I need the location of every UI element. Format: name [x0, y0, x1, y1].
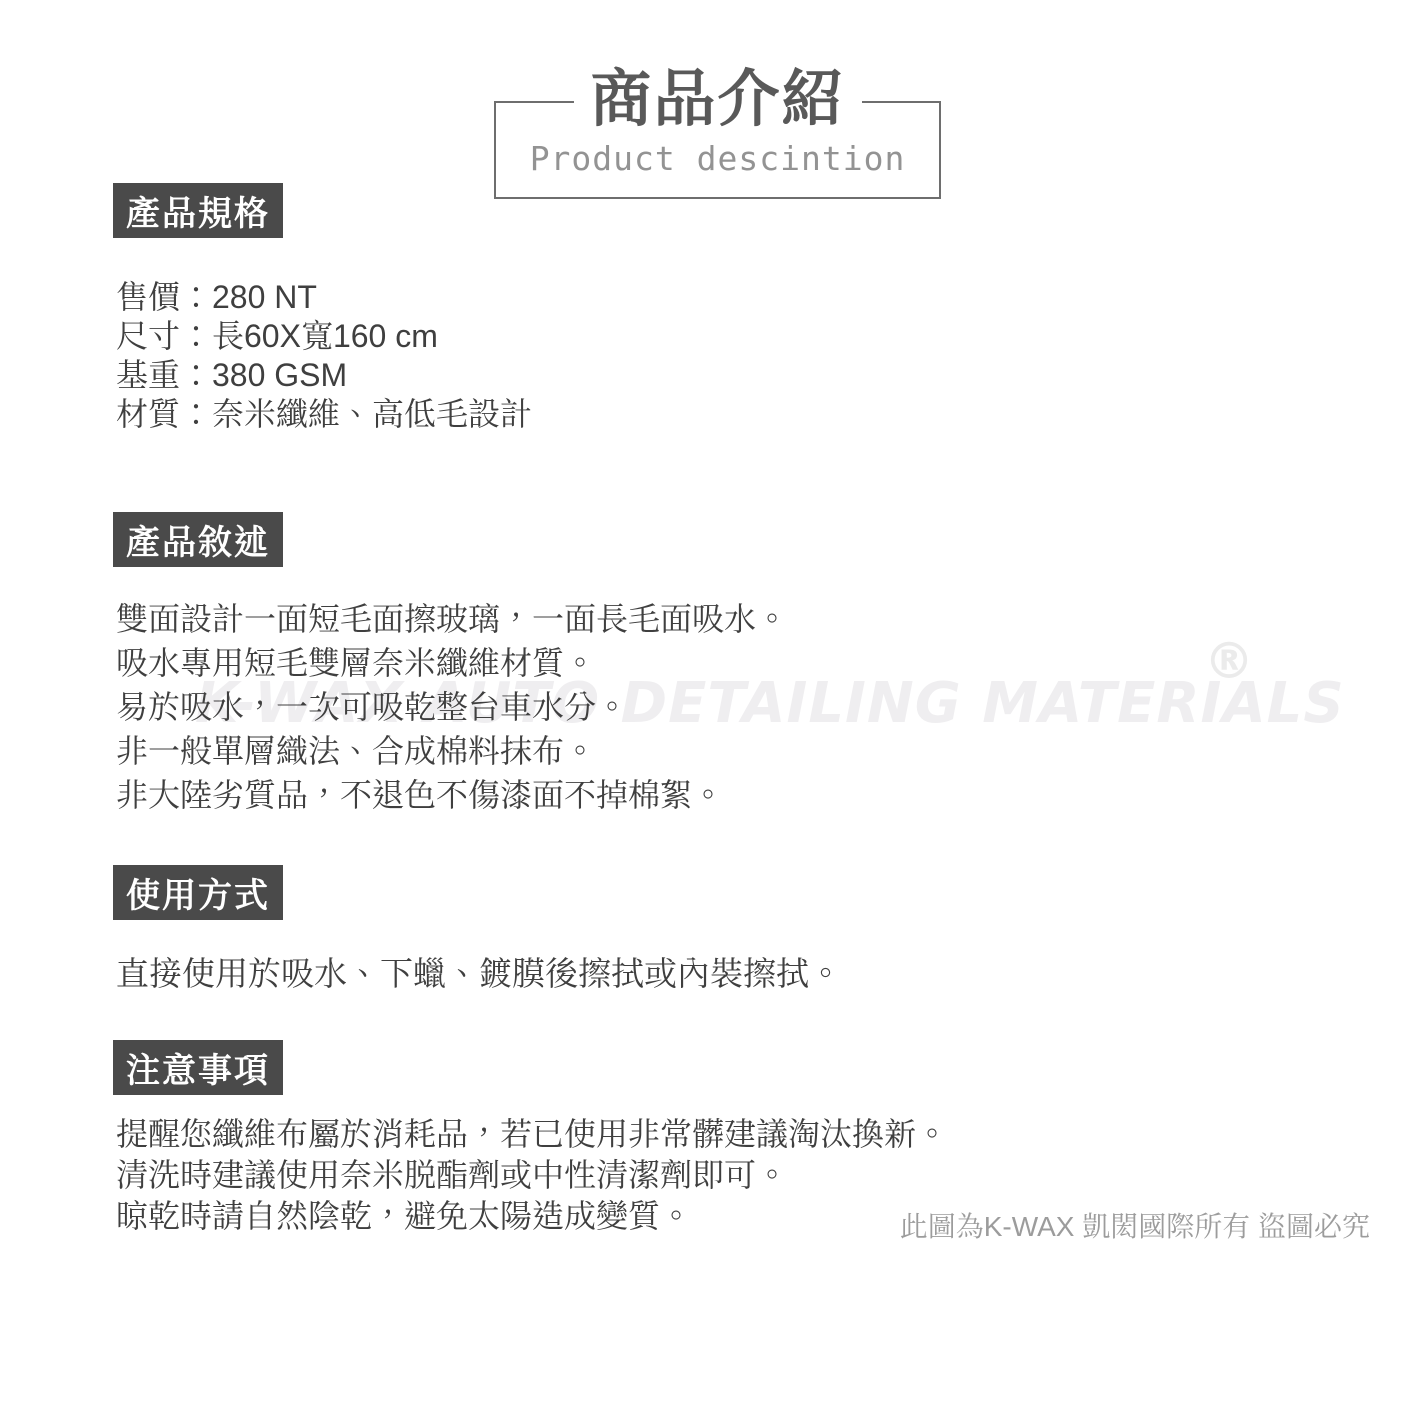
- text-line: 提醒您纖維布屬於消耗品，若已使用非常髒建議淘汰換新。: [116, 1114, 948, 1155]
- page-title: 商品介紹: [573, 67, 861, 133]
- text-line: 雙面設計一面短毛面擦玻璃，一面長毛面吸水。: [116, 597, 788, 641]
- title-box: 商品介紹 Product descintion: [494, 101, 941, 199]
- text-line: 材質：奈米纖維、高低毛設計: [116, 395, 532, 434]
- text-line: 易於吸水，一次可吸乾整台車水分。: [116, 685, 788, 729]
- section-badge-description: 產品敘述: [113, 512, 283, 567]
- page-subtitle: Product descintion: [496, 139, 939, 178]
- section-text-description: 雙面設計一面短毛面擦玻璃，一面長毛面吸水。吸水專用短毛雙層奈米纖維材質。易於吸水…: [116, 597, 788, 817]
- text-line: 吸水專用短毛雙層奈米纖維材質。: [116, 641, 788, 685]
- section-badge-usage: 使用方式: [113, 865, 283, 920]
- text-line: 直接使用於吸水、下蠟、鍍膜後擦拭或內裝擦拭。: [116, 952, 842, 996]
- text-line: 基重：380 GSM: [116, 356, 532, 395]
- text-line: 非大陸劣質品，不退色不傷漆面不掉棉絮。: [116, 773, 788, 817]
- copyright-notice: 此圖為K-WAX 凱閎國際所有 盜圖必究: [900, 1205, 1370, 1245]
- section-text-usage: 直接使用於吸水、下蠟、鍍膜後擦拭或內裝擦拭。: [116, 952, 842, 996]
- text-line: 清洗時建議使用奈米脱酯劑或中性清潔劑即可。: [116, 1155, 948, 1196]
- text-line: 尺寸：長60X寬160 cm: [116, 317, 532, 356]
- section-text-specs: 售價：280 NT尺寸：長60X寬160 cm基重：380 GSM材質：奈米纖維…: [116, 278, 532, 434]
- section-badge-notes: 注意事項: [113, 1040, 283, 1095]
- registered-trademark-icon: ®: [1204, 636, 1254, 686]
- text-line: 晾乾時請自然陰乾，避免太陽造成變質。: [116, 1196, 948, 1237]
- text-line: 非一般單層織法、合成棉料抹布。: [116, 729, 788, 773]
- product-description-page: K-WAX AUTO DETAILING MATERIALS ® 商品介紹 Pr…: [0, 0, 1401, 1401]
- text-line: 售價：280 NT: [116, 278, 532, 317]
- section-text-notes: 提醒您纖維布屬於消耗品，若已使用非常髒建議淘汰換新。清洗時建議使用奈米脱酯劑或中…: [116, 1114, 948, 1237]
- section-badge-specs: 產品規格: [113, 183, 283, 238]
